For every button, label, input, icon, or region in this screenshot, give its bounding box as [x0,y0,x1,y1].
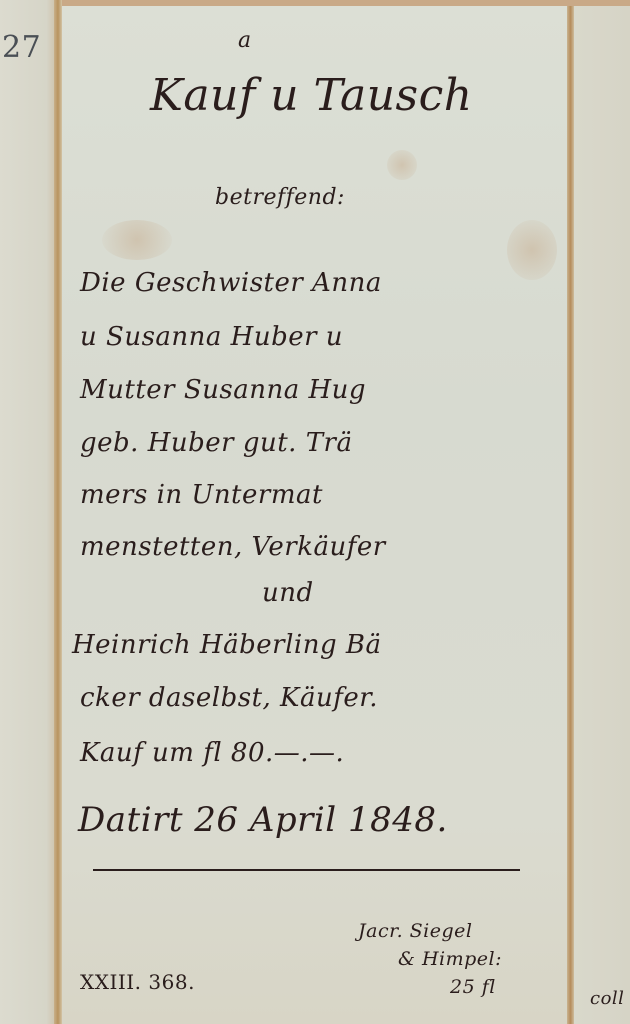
body-line: Heinrich Häberling Bä [72,630,381,660]
paper-stain [387,150,417,180]
archive-number: XXIII. 368. [80,970,195,994]
body-line: menstetten, Verkäufer [80,532,386,562]
body-line: Mutter Susanna Hug [80,375,366,405]
body-line: Die Geschwister Anna [80,268,382,298]
pencil-corner-number: 27 [2,30,41,65]
title-superscript: a [238,28,252,53]
paper-stain [102,220,172,260]
underline-divider [93,869,520,871]
top-edge-stain [62,0,630,6]
body-line-und: und [262,578,314,608]
fee-amount: 25 fl [450,976,496,998]
right-fold-crease [567,0,574,1024]
left-paper-strip [0,0,58,1024]
signature-line-2: & Himpel: [398,948,502,970]
price-line: Kauf um fl 80.—.—. [80,738,344,768]
body-line: cker daselbst, Käufer. [80,683,378,713]
edge-note: coll [590,988,624,1009]
body-line: u Susanna Huber u [80,322,343,352]
right-paper-strip [574,0,630,1024]
left-fold-crease [54,0,62,1024]
body-line: geb. Huber gut. Trä [80,428,352,458]
date-line: Datirt 26 April 1848. [78,800,448,840]
signature-line-1: Jacr. Siegel [358,920,472,942]
document-subtitle: betreffend: [215,185,345,210]
body-line: mers in Untermat [80,480,323,510]
paper-stain [507,220,557,280]
document-title: Kauf u Tausch [150,70,473,121]
